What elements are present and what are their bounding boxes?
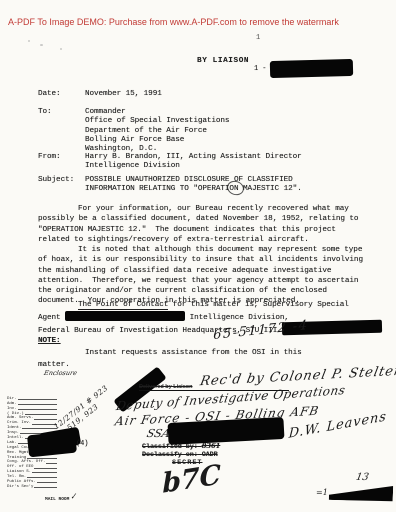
redaction-bar-ssa-name xyxy=(168,417,285,445)
body-paragraph-2: It is noted that although this document … xyxy=(38,245,371,307)
handwritten-enclosure: Enclosure xyxy=(43,369,78,377)
date-label: Date: xyxy=(38,90,61,98)
redaction-bar-agent-name xyxy=(65,311,185,321)
subject-label: Subject: xyxy=(38,176,74,184)
note-line2: matter. xyxy=(38,361,70,369)
copy-note: =1 xyxy=(316,488,328,497)
pencil-marks xyxy=(28,40,30,42)
note-label: NOTE: xyxy=(38,337,61,345)
note-line1: Instant requests assistance from the OSI… xyxy=(85,349,302,357)
delivery-method-label: BY LIAISON xyxy=(197,57,249,65)
from-label: From: xyxy=(38,153,61,161)
check-mark: ✓ xyxy=(69,491,77,501)
pencil-marks xyxy=(60,48,62,50)
stray-mark: 1 xyxy=(256,34,260,42)
classification-stamp: Classified by: 8361 Declassify on: OADR xyxy=(142,442,220,459)
date-value: November 15, 1991 xyxy=(85,90,162,98)
page-number: 13 xyxy=(355,472,370,483)
demo-watermark: A-PDF To Image DEMO: Purchase from www.A… xyxy=(8,17,339,27)
contact-paragraph-line3: Federal Bureau of Investigation Headquar… xyxy=(38,321,382,335)
to-label: To: xyxy=(38,108,52,116)
scanned-memo-page: A-PDF To Image DEMO: Purchase from www.A… xyxy=(0,0,396,512)
redaction-bar-recipient xyxy=(270,59,353,78)
from-address: Harry B. Brandon, III, Acting Assistant … xyxy=(85,153,302,172)
copy-count-note: (4) xyxy=(76,440,88,448)
subject-text: POSSIBLE UNAUTHORIZED DISCLOSURE OF CLAS… xyxy=(85,176,302,195)
mail-room-label: MAIL ROOM xyxy=(45,497,69,502)
routing-item: Dir's Sec'y xyxy=(7,484,57,489)
to-address: Commander Office of Special Investigatio… xyxy=(85,108,229,154)
foia-exemption-code: b7C xyxy=(162,459,221,500)
contact-paragraph-line1: The Point of Contact for this matter is,… xyxy=(78,301,349,309)
redaction-wedge-bottom-right xyxy=(329,483,394,502)
pencil-marks xyxy=(40,44,43,46)
copy-marker: 1 - xyxy=(254,65,266,73)
body-paragraph-1: For your information, our Bureau recentl… xyxy=(38,204,371,245)
